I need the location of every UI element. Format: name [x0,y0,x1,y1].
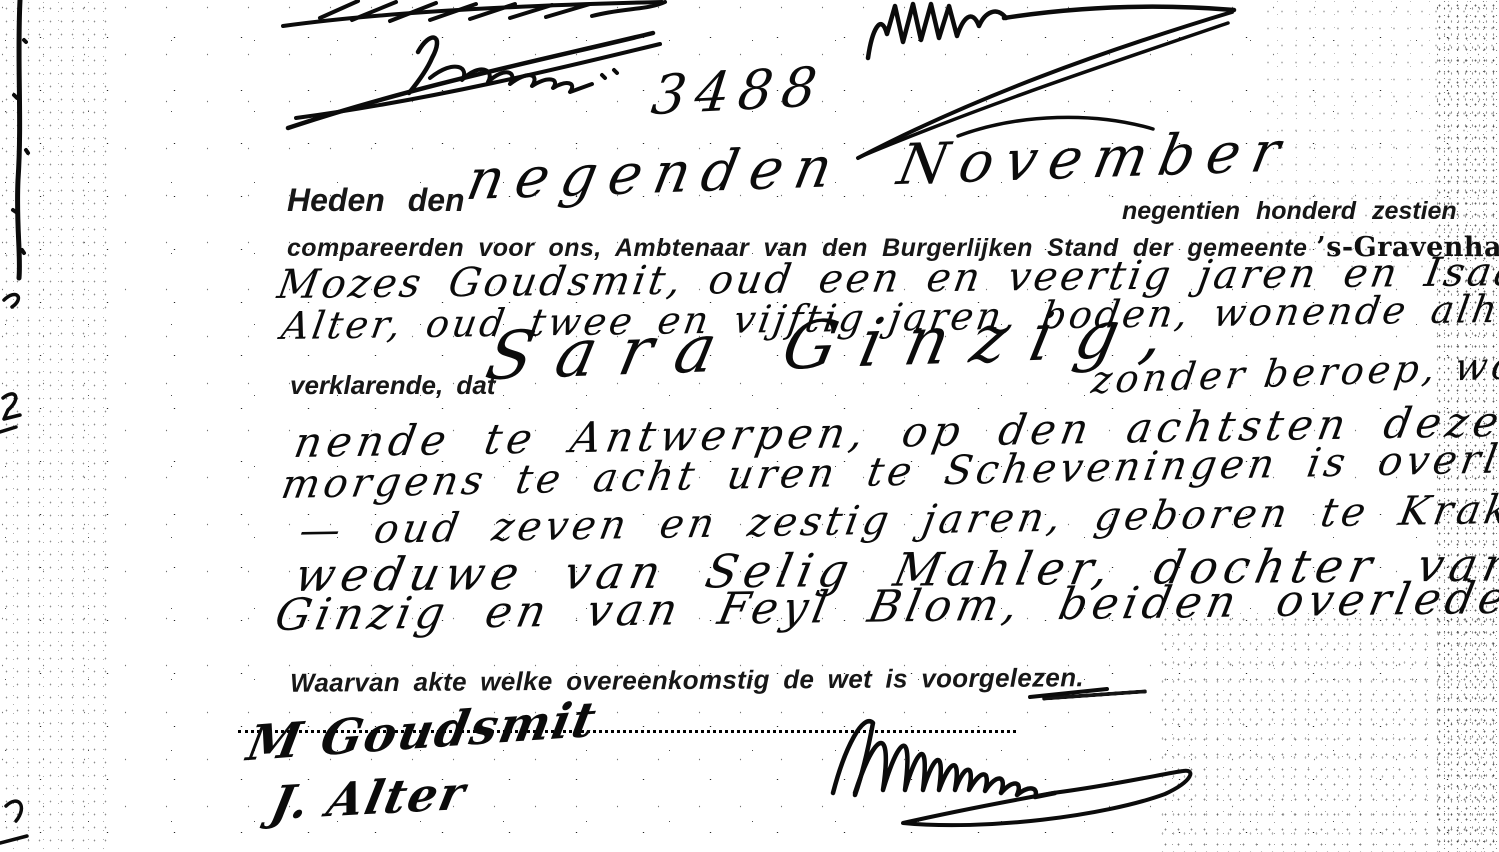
form-label-verklarende: verklarende, dat [290,370,495,401]
official-signature-top-left [288,33,660,128]
registrar-signature [815,685,1215,850]
record-number: 3488 [648,55,829,128]
witness-signature-alter: J. Alter [266,765,471,830]
cutoff-signature-strokes [283,1,665,26]
scanned-death-certificate: 3488 Heden den negenden November negenti… [0,0,1499,852]
form-label-heden-den: Heden den [287,182,465,219]
witness-signature-goudsmit: M Goudsmit [242,691,602,772]
form-label-year: negentien honderd zestien [1122,197,1457,226]
